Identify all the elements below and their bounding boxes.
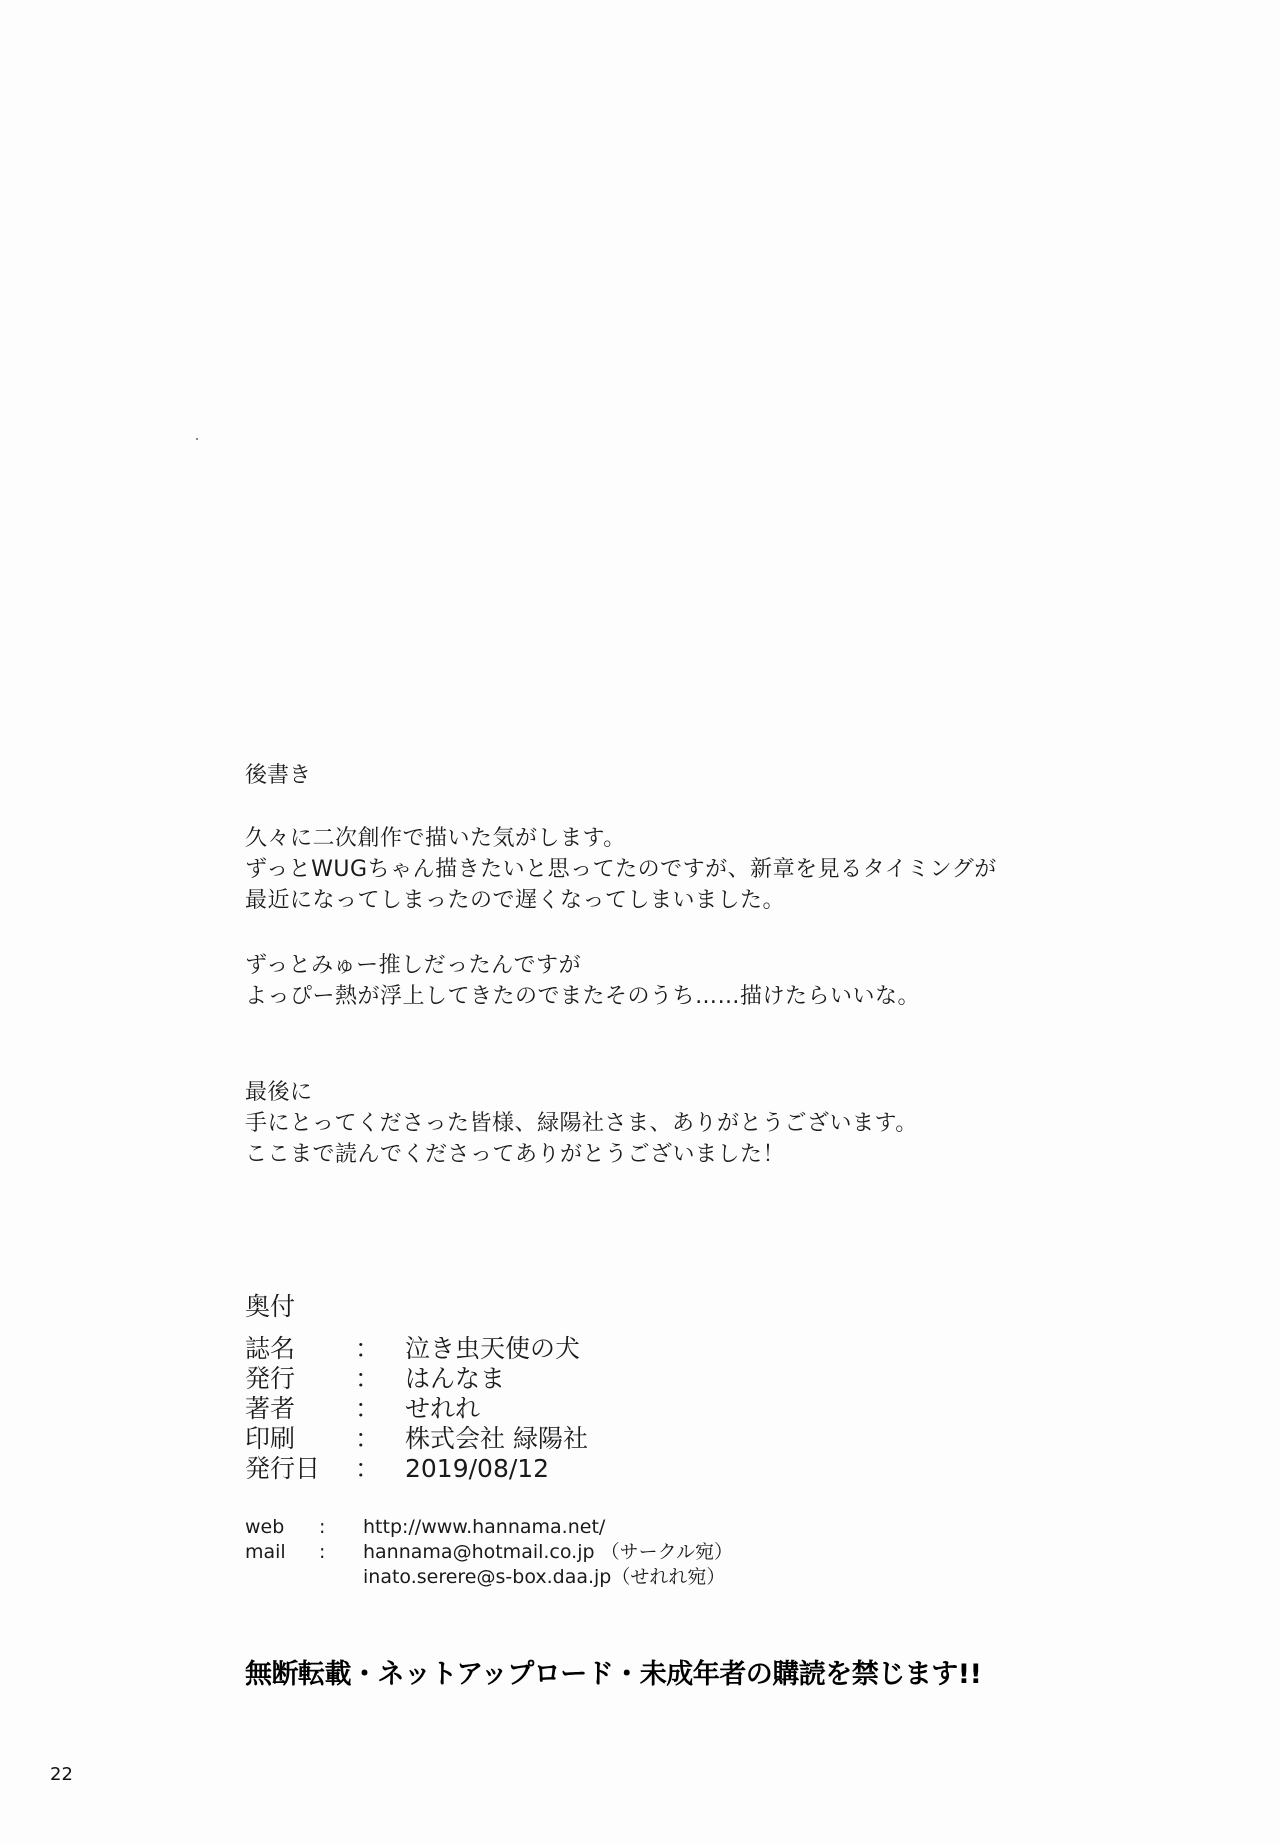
circle-email-link[interactable]: hannama@hotmail.co.jp （サークル宛） [363,1540,733,1565]
scan-speck [196,438,198,440]
colophon-separator: ： [345,1454,405,1484]
colophon-separator: ： [345,1424,405,1454]
afterword-paragraph-1: 久々に二次創作で描いた気がします。 ずっとWUGちゃん描きたいと思ってたのですが… [245,823,997,916]
colophon-value: せれれ [405,1394,480,1424]
colophon-row-title: 誌名 ： 泣き虫天使の犬 [245,1334,588,1364]
afterword-paragraph-2: ずっとみゅー推しだったんですが よっぴー熱が浮上してきたのでまたそのうち……描け… [245,950,920,1012]
contact-separator: : [315,1540,363,1565]
contact-label [245,1565,315,1590]
afterword-heading: 後書き [245,760,311,791]
text-line: 最後に [245,1077,918,1108]
colophon-label: 印刷 [245,1424,345,1454]
contact-row-mail: mail : hannama@hotmail.co.jp （サークル宛） [245,1540,733,1565]
colophon-row-publisher: 発行 ： はんなま [245,1364,588,1394]
colophon-row-author: 著者 ： せれれ [245,1394,588,1424]
document-page: 後書き 久々に二次創作で描いた気がします。 ずっとWUGちゃん描きたいと思ってた… [0,0,1280,1844]
website-link[interactable]: http://www.hannama.net/ [363,1515,605,1540]
colophon-separator: ： [345,1364,405,1394]
text-line: ずっとWUGちゃん描きたいと思ってたのですが、新章を見るタイミングが [245,854,997,885]
colophon-table: 誌名 ： 泣き虫天使の犬 発行 ： はんなま 著者 ： せれれ 印刷 ： 株式会… [245,1334,588,1484]
contact-info: web : http://www.hannama.net/ mail : han… [245,1515,733,1590]
colophon-label: 発行 [245,1364,345,1394]
contact-label: web [245,1515,315,1540]
afterword-section: 後書き [245,760,311,791]
colophon-heading-row: 奥付 [245,1292,295,1322]
colophon-value: はんなま [405,1364,505,1394]
contact-separator: : [315,1515,363,1540]
contact-row-mail-2: inato.serere@s-box.daa.jp（せれれ宛） [245,1565,733,1590]
contact-separator [315,1565,363,1590]
contact-label: mail [245,1540,315,1565]
text-line: よっぴー熱が浮上してきたのでまたそのうち……描けたらいいな。 [245,981,920,1012]
colophon-value: 株式会社 緑陽社 [405,1424,588,1454]
colophon-separator: ： [345,1334,405,1364]
contact-row-web: web : http://www.hannama.net/ [245,1515,733,1540]
text-line: ここまで読んでくださってありがとうございました！ [245,1139,918,1170]
text-line: ずっとみゅー推しだったんですが [245,950,920,981]
text-line: 手にとってくださった皆様、緑陽社さま、ありがとうございます。 [245,1108,918,1139]
colophon-row-printer: 印刷 ： 株式会社 緑陽社 [245,1424,588,1454]
afterword-paragraph-3: 最後に 手にとってくださった皆様、緑陽社さま、ありがとうございます。 ここまで読… [245,1077,918,1170]
colophon-label: 著者 [245,1394,345,1424]
colophon-separator: ： [345,1394,405,1424]
author-email-link[interactable]: inato.serere@s-box.daa.jp（せれれ宛） [363,1565,725,1590]
colophon-heading: 奥付 [245,1292,295,1322]
text-line: 最近になってしまったので遅くなってしまいました。 [245,885,997,916]
colophon-label: 発行日 [245,1454,345,1484]
page-number: 22 [50,1764,73,1785]
copyright-warning: 無断転載・ネットアップロード・未成年者の購読を禁じます!! [245,1652,981,1691]
colophon-value: 泣き虫天使の犬 [405,1334,580,1364]
colophon-section: 奥付 [245,1292,295,1322]
text-line: 久々に二次創作で描いた気がします。 [245,823,997,854]
colophon-row-date: 発行日 ： 2019/08/12 [245,1454,588,1484]
colophon-label: 誌名 [245,1334,345,1364]
colophon-value: 2019/08/12 [405,1454,549,1484]
